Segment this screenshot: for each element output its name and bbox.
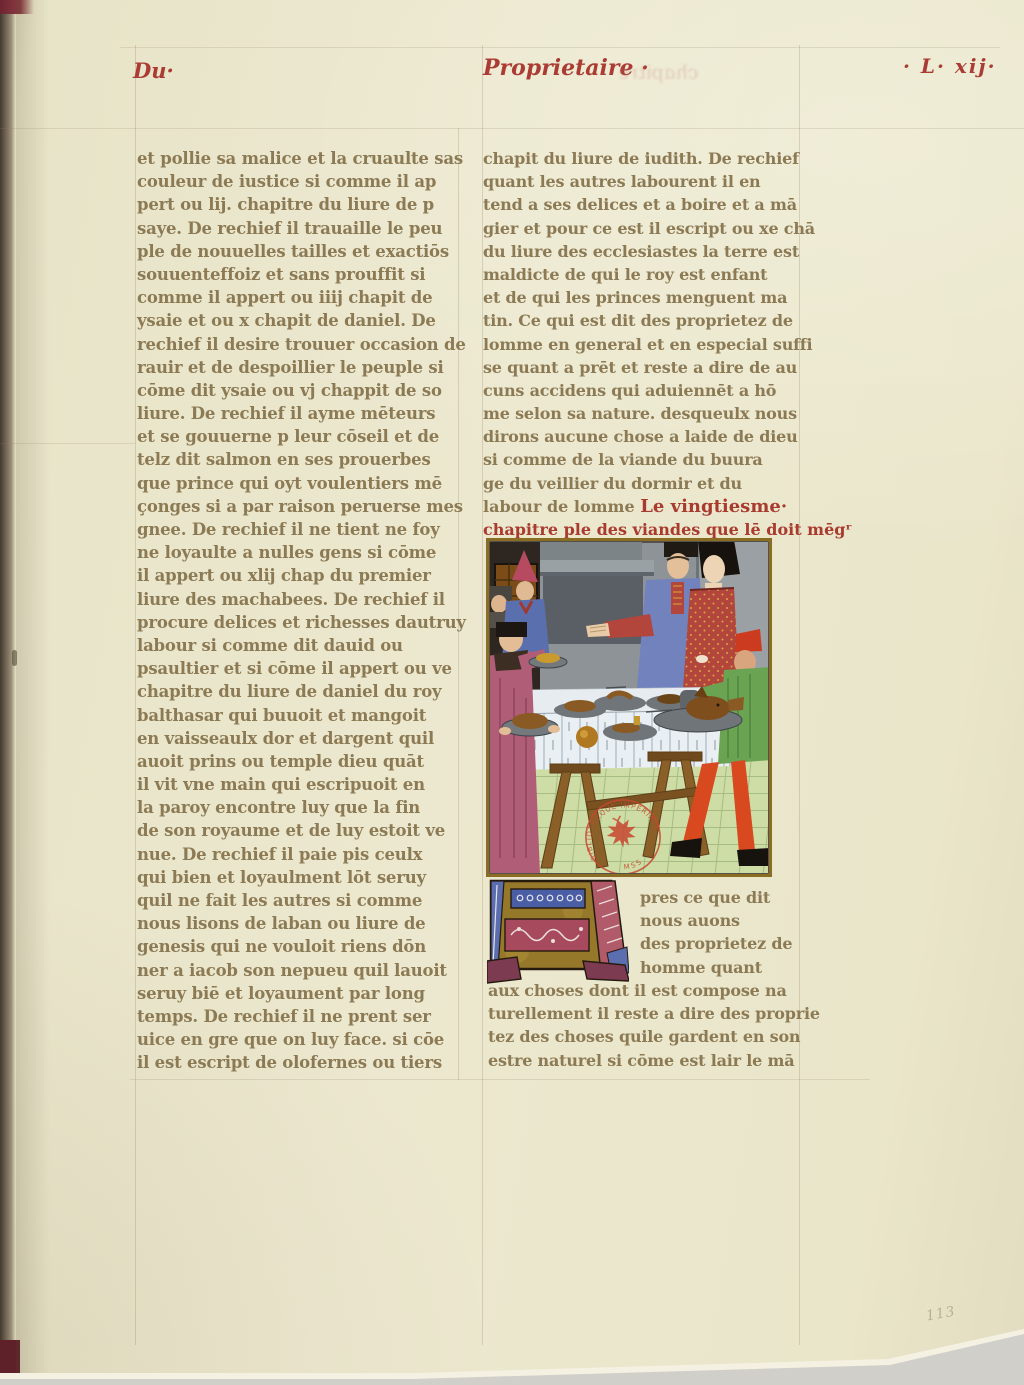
text-below-initial: aux choses dont il est compose naturelle… xyxy=(488,979,808,1072)
manuscript-text-line: homme quant xyxy=(640,956,810,979)
manuscript-text-line: pres ce que dit xyxy=(640,886,810,909)
manuscript-text-line: seruy biē et loyaument par long xyxy=(137,982,463,1005)
parchment-page: Du· Proprietaire · chapitre · L· xij· et… xyxy=(0,0,1024,1385)
manuscript-text-line: si comme de la viande du buura xyxy=(483,448,805,471)
manuscript-text-line: que prince qui oyt voulentiers mē xyxy=(137,472,463,495)
miniature-banquet-scene: BIBLIOTHEQUE IMPERIALE MSS xyxy=(486,538,772,877)
manuscript-text-line: comme il appert ou iiij chapit de xyxy=(137,286,463,309)
manuscript-text-line: cōme dit ysaie ou vj chappit de so xyxy=(137,379,463,402)
margin-mark xyxy=(12,650,17,666)
manuscript-text-line: rauir et de despoillier le peuple si xyxy=(137,356,463,379)
manuscript-text-line: tin. Ce qui est dit des proprietez de xyxy=(483,309,805,332)
ruling-line-vertical xyxy=(135,45,136,1345)
manuscript-text-line: çonges si a par raison peruerse mes xyxy=(137,495,463,518)
book-binding-edge xyxy=(0,0,16,1373)
manuscript-text-line: souuenteffoiz et sans prouffit si xyxy=(137,263,463,286)
manuscript-text-line: ysaie et ou x chapit de daniel. De xyxy=(137,309,463,332)
manuscript-text-line: gier et pour ce est il escript ou xe chā xyxy=(483,217,805,240)
manuscript-text-line: et se gouuerne p leur cōseil et de xyxy=(137,425,463,448)
manuscript-text-line: ner a iacob son nepueu quil lauoit xyxy=(137,959,463,982)
rubric-fragment: Le vingtiesme· xyxy=(640,496,787,517)
manuscript-text-line: aux choses dont il est compose na xyxy=(488,979,808,1002)
manuscript-text-line: procure delices et richesses dautruy xyxy=(137,611,463,634)
manuscript-text-line: il vit vne main qui escripuoit en xyxy=(137,773,463,796)
pencil-folio-number: 113 xyxy=(925,1304,957,1325)
manuscript-text-line: temps. De rechief il ne prent ser xyxy=(137,1005,463,1028)
manuscript-text-line: dirons aucune chose a laide de dieu xyxy=(483,425,805,448)
manuscript-text-line: auoit prins ou temple dieu quāt xyxy=(137,750,463,773)
manuscript-text-line: chapit du liure de iudith. De rechief xyxy=(483,147,805,170)
manuscript-text-line: estre naturel si cōme est lair le mā xyxy=(488,1049,808,1072)
manuscript-text-line: gnee. De rechief il ne tient ne foy xyxy=(137,518,463,541)
ruling-line-horizontal xyxy=(120,47,1000,48)
chapter-rubric-start: labour de lomme Le vingtiesme· xyxy=(483,495,787,518)
manuscript-text-line: tend a ses delices et a boire et a mā xyxy=(483,193,805,216)
manuscript-text-line: quil ne fait les autres si comme xyxy=(137,889,463,912)
manuscript-text-line: rechief il desire trouuer occasion de xyxy=(137,333,463,356)
manuscript-text-line: nous lisons de laban ou liure de xyxy=(137,912,463,935)
manuscript-text-line: saye. De rechief il trauaille le peu xyxy=(137,217,463,240)
manuscript-text-line: uice en gre que on luy face. si cōe xyxy=(137,1028,463,1051)
manuscript-text-line: liure. De rechief il ayme mēteurs xyxy=(137,402,463,425)
manuscript-text-line: qui bien et loyaulment lōt seruy xyxy=(137,866,463,889)
manuscript-text-line: maldicte de qui le roy est enfant xyxy=(483,263,805,286)
manuscript-text-line: liure des machabees. De rechief il xyxy=(137,588,463,611)
folio-number-header: · L· xij· xyxy=(903,54,997,78)
manuscript-text-line: couleur de iustice si comme il ap xyxy=(137,170,463,193)
manuscript-text-line: pert ou lij. chapitre du liure de p xyxy=(137,193,463,216)
manuscript-text-line: nue. De rechief il paie pis ceulx xyxy=(137,843,463,866)
text-fragment: labour de lomme xyxy=(483,497,640,516)
offset-ghost-text: chapitre xyxy=(616,62,700,84)
ruling-line-horizontal xyxy=(130,1079,870,1080)
manuscript-text-line: balthasar qui buuoit et mangoit xyxy=(137,704,463,727)
manuscript-text-line: et de qui les princes menguent ma xyxy=(483,286,805,309)
manuscript-text-line: ne loyaulte a nulles gens si cōme xyxy=(137,541,463,564)
manuscript-text-line: du liure des ecclesiastes la terre est xyxy=(483,240,805,263)
manuscript-text-line: tez des choses quile gardent en son xyxy=(488,1025,808,1048)
manuscript-text-line: quant les autres labourent il en xyxy=(483,170,805,193)
manuscript-text-line: genesis qui ne vouloit riens dōn xyxy=(137,935,463,958)
text-beside-initial: pres ce que ditnous auonsdes proprietez … xyxy=(640,886,810,979)
manuscript-text-line: cuns accidens qui aduiennēt a hō xyxy=(483,379,805,402)
manuscript-text-line: psaultier et si cōme il appert ou ve xyxy=(137,657,463,680)
manuscript-text-line: me selon sa nature. desqueulx nous xyxy=(483,402,805,425)
manuscript-text-line: se quant a prēt et reste a dire de au xyxy=(483,356,805,379)
manuscript-text-line: chapitre du liure de daniel du roy xyxy=(137,680,463,703)
ruling-line-horizontal xyxy=(0,443,135,444)
manuscript-text-line: lomme en general et en especial suffi xyxy=(483,333,805,356)
ruling-line-horizontal xyxy=(0,128,1024,129)
manuscript-text-line: il appert ou xlij chap du premier xyxy=(137,564,463,587)
manuscript-text-line: il est escript de olofernes ou tiers xyxy=(137,1051,463,1074)
manuscript-text-line: turellement il reste a dire des proprie xyxy=(488,1002,808,1025)
manuscript-text-line: ple de nouuelles tailles et exactiōs xyxy=(137,240,463,263)
manuscript-text-line: la paroy encontre luy que la fin xyxy=(137,796,463,819)
manuscript-text-line: et pollie sa malice et la cruaulte sas xyxy=(137,147,463,170)
manuscript-scan: Du· Proprietaire · chapitre · L· xij· et… xyxy=(0,0,1024,1385)
manuscript-text-line: telz dit salmon en ses prouerbes xyxy=(137,448,463,471)
manuscript-text-line: nous auons xyxy=(640,909,810,932)
text-column-left: et pollie sa malice et la cruaulte sasco… xyxy=(137,147,463,1075)
manuscript-text-line: labour si comme dit dauid ou xyxy=(137,634,463,657)
gutter-shadow xyxy=(16,0,50,1373)
text-column-right: chapit du liure de iudith. De rechiefqua… xyxy=(483,147,805,495)
manuscript-text-line: ge du veillier du dormir et du xyxy=(483,472,805,495)
running-title-left: Du· xyxy=(133,58,174,83)
manuscript-text-line: de son royaume et de luy estoit ve xyxy=(137,819,463,842)
manuscript-text-line: des proprietez de xyxy=(640,932,810,955)
manuscript-text-line: en vaisseaulx dor et dargent quil xyxy=(137,727,463,750)
illuminated-initial-A xyxy=(487,877,629,985)
